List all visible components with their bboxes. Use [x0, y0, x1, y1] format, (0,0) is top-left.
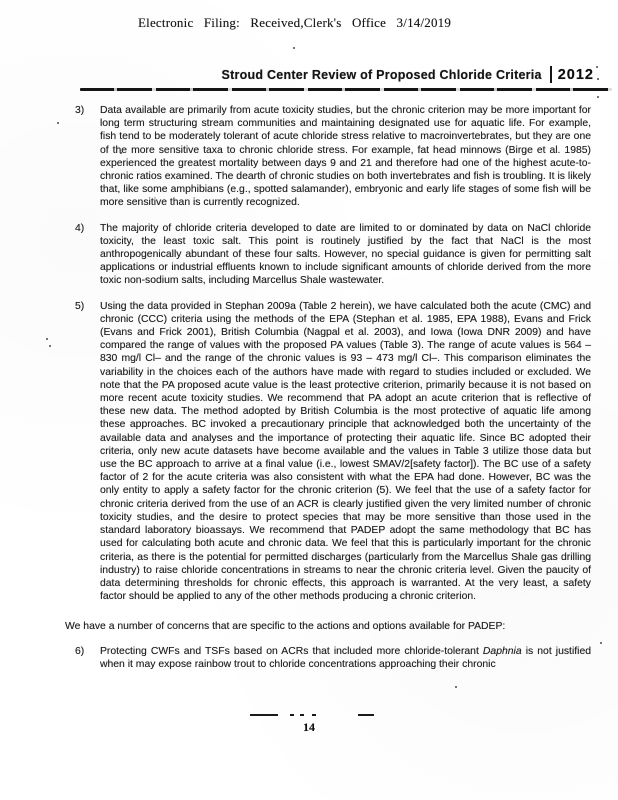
- list-text: Data available are primarily from acute …: [100, 104, 591, 210]
- scan-speck: [596, 66, 598, 68]
- scan-speck: [293, 47, 295, 49]
- document-year: 2012: [558, 67, 594, 83]
- scan-speck: [57, 122, 59, 124]
- document-title: Stroud Center Review of Proposed Chlorid…: [222, 68, 542, 82]
- scan-speck: [597, 78, 599, 80]
- scan-speck: [46, 338, 48, 340]
- list-text: The majority of chloride criteria develo…: [100, 222, 591, 288]
- list-number: 3): [75, 104, 100, 210]
- scan-speck: [455, 686, 457, 688]
- filing-stamp: Electronic Filing: Received,Clerk's Offi…: [138, 15, 451, 31]
- list-item-5: 5) Using the data provided in Stephan 20…: [65, 300, 591, 604]
- scan-speck: [600, 642, 602, 644]
- list-text: Protecting CWFs and TSFs based on ACRs t…: [100, 645, 591, 671]
- list-number: 6): [75, 645, 100, 671]
- footer-rule: [250, 714, 400, 716]
- document-body: 3) Data available are primarily from acu…: [65, 104, 591, 683]
- page-number: 14: [0, 720, 618, 735]
- item6-text-before: Protecting CWFs and TSFs based on ACRs t…: [100, 646, 483, 657]
- list-item-3: 3) Data available are primarily from acu…: [65, 104, 591, 210]
- title-year-divider: [550, 66, 552, 83]
- header-rule: [80, 88, 612, 91]
- document-header: Stroud Center Review of Proposed Chlorid…: [222, 66, 594, 83]
- scan-speck: [120, 152, 122, 154]
- document-page: Electronic Filing: Received,Clerk's Offi…: [0, 0, 618, 800]
- list-item-4: 4) The majority of chloride criteria dev…: [65, 222, 591, 288]
- list-text: Using the data provided in Stephan 2009a…: [100, 300, 591, 604]
- list-number: 5): [75, 300, 100, 604]
- list-item-6: 6) Protecting CWFs and TSFs based on ACR…: [65, 645, 591, 671]
- scan-speck: [49, 345, 51, 347]
- list-number: 4): [75, 222, 100, 288]
- scan-speck: [597, 96, 599, 98]
- item6-species-name: Daphnia: [483, 646, 522, 657]
- concerns-intro: We have a number of concerns that are sp…: [65, 620, 591, 633]
